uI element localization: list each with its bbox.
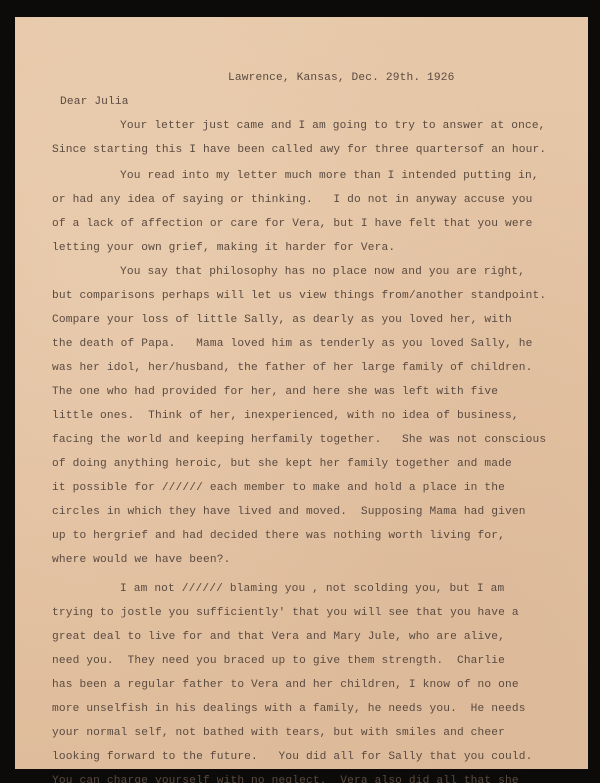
letter-line: Compare your loss of little Sally, as de… [52,315,512,326]
letter-line: trying to jostle you sufficiently' that … [52,608,519,619]
letter-line: need you. They need you braced up to giv… [52,656,505,667]
letter-line: The one who had provided for her, and he… [52,387,498,398]
letter-line: your normal self, not bathed with tears,… [52,728,505,739]
letter-line: of doing anything heroic, but she kept h… [52,459,512,470]
letter-line: circles in which they have lived and mov… [52,507,526,518]
letter-line: Since starting this I have been called a… [52,145,546,156]
letter-line: looking forward to the future. You did a… [52,752,532,763]
letter-page: Lawrence, Kansas, Dec. 29th. 1926 Dear J… [15,17,588,769]
letter-line: but comparisons perhaps will let us view… [52,291,546,302]
salutation: Dear Julia [60,97,129,108]
letter-line: letting your own grief, making it harder… [52,243,395,254]
letter-line: Your letter just came and I am going to … [120,121,546,132]
letter-line: You say that philosophy has no place now… [120,267,525,278]
letter-line: the death of Papa. Mama loved him as ten… [52,339,532,350]
dateline: Lawrence, Kansas, Dec. 29th. 1926 [228,73,455,84]
letter-line: You read into my letter much more than I… [120,171,539,182]
letter-line: more unselfish in his dealings with a fa… [52,704,526,715]
letter-line: or had any idea of saying or thinking. I… [52,195,532,206]
letter-line: has been a regular father to Vera and he… [52,680,519,691]
letter-line: facing the world and keeping herfamily t… [52,435,546,446]
letter-line: little ones. Think of her, inexperienced… [52,411,519,422]
letter-line: up to hergrief and had decided there was… [52,531,505,542]
letter-line: I am not ////// blaming you , not scoldi… [120,584,504,595]
letter-line: was her idol, her/husband, the father of… [52,363,532,374]
letter-line: of a lack of affection or care for Vera,… [52,219,532,230]
letter-line: where would we have been?. [52,555,230,566]
letter-line: great deal to live for and that Vera and… [52,632,505,643]
letter-line: it possible for ////// each member to ma… [52,483,505,494]
letter-line: You can charge yourself with no neglect.… [52,776,519,783]
